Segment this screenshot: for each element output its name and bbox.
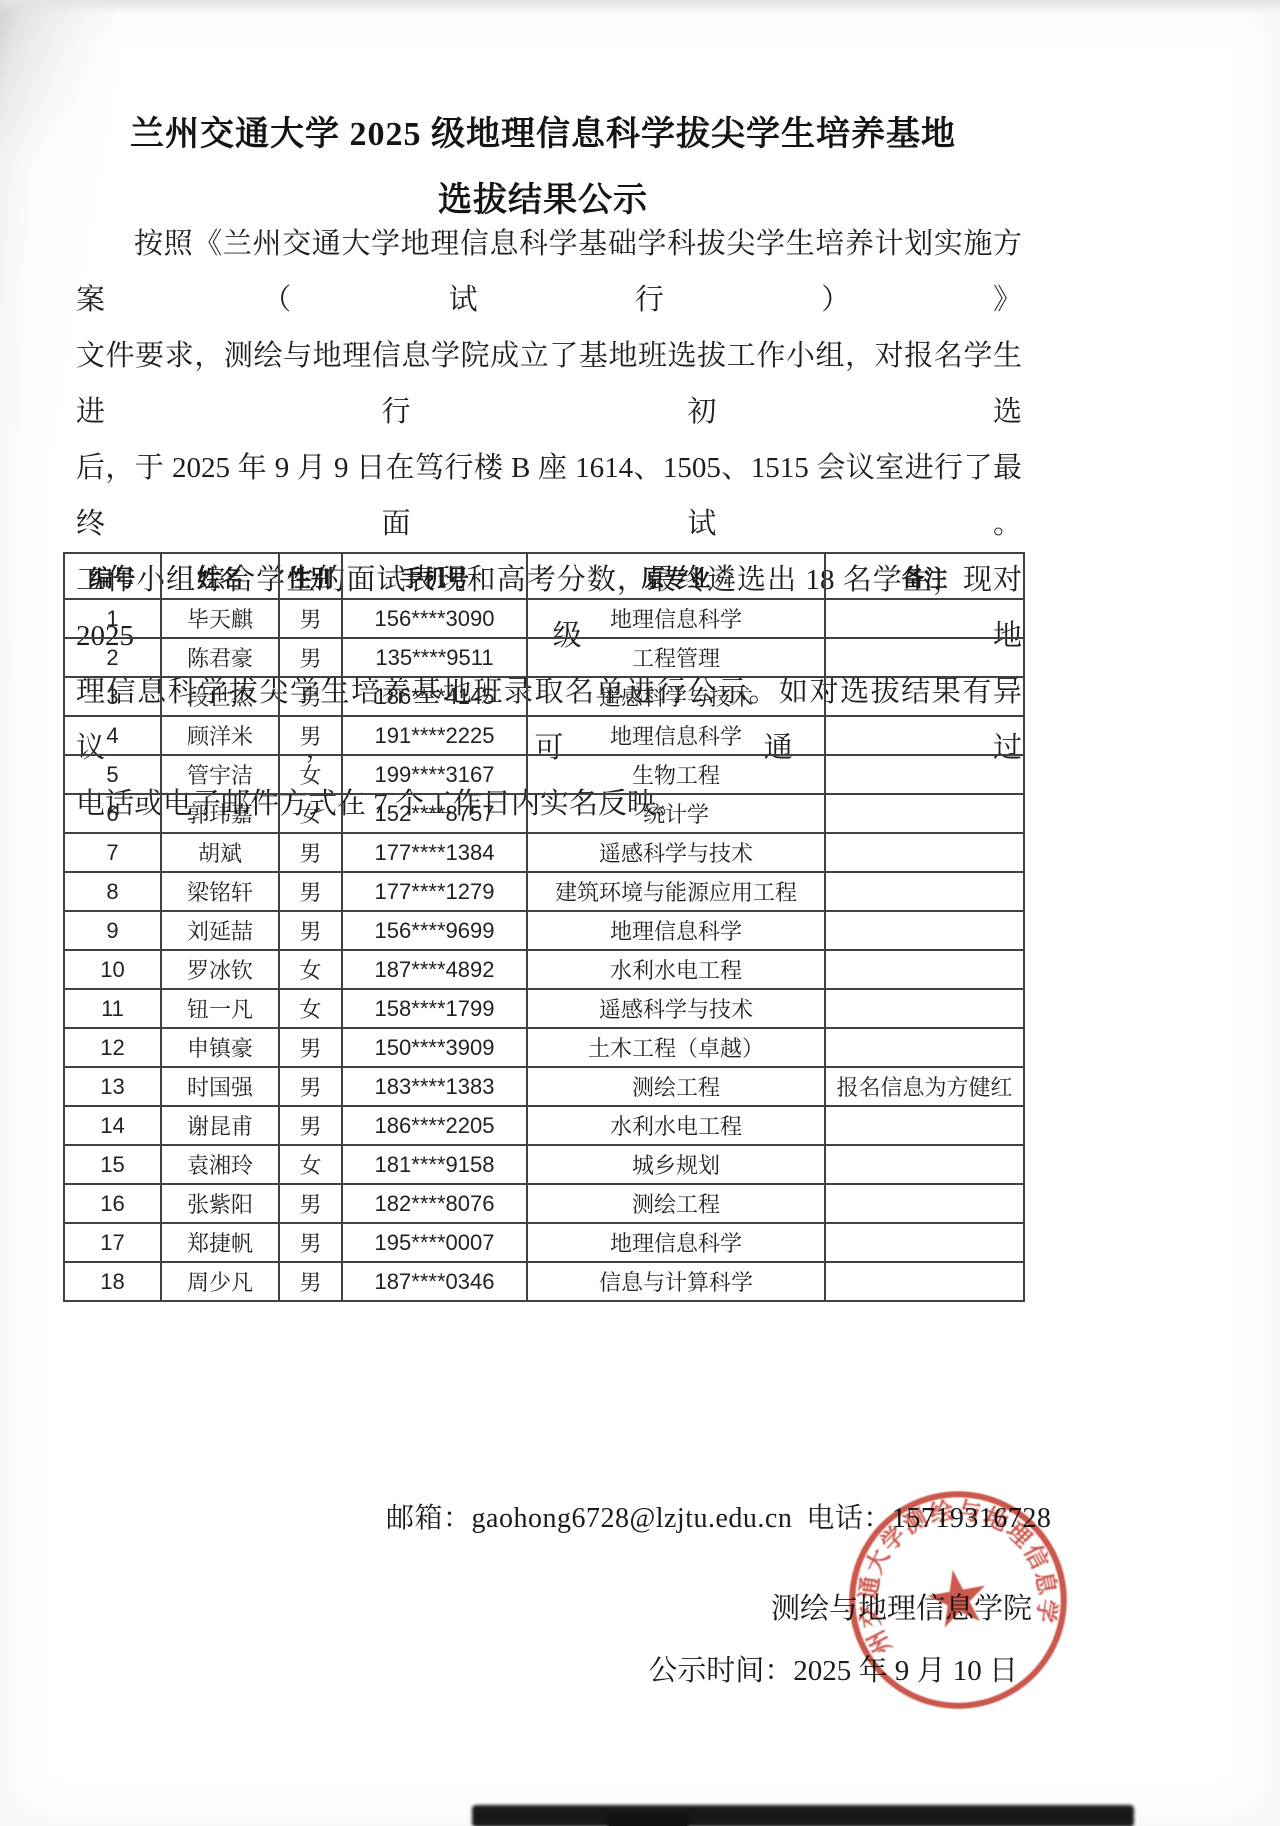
cell-name: 张紫阳 <box>161 1184 279 1223</box>
cell-remark <box>825 950 1024 989</box>
cell-number: 16 <box>64 1184 161 1223</box>
cell-phone: 181****9158 <box>342 1145 527 1184</box>
cell-major: 城乡规划 <box>527 1145 825 1184</box>
cell-remark <box>825 1106 1024 1145</box>
table-row: 10 罗冰钦 女 187****4892 水利水电工程 <box>64 950 1024 989</box>
cell-name: 谢昆甫 <box>161 1106 279 1145</box>
cell-major: 地理信息科学 <box>527 599 825 638</box>
cell-gender: 男 <box>279 716 342 755</box>
table-row: 5 管宇洁 女 199****3167 生物工程 <box>64 755 1024 794</box>
column-header: 原专业 <box>527 553 825 599</box>
cell-major: 信息与计算科学 <box>527 1262 825 1301</box>
cell-remark <box>825 1028 1024 1067</box>
table-row: 16 张紫阳 男 182****8076 测绘工程 <box>64 1184 1024 1223</box>
cell-remark <box>825 755 1024 794</box>
column-header: 编号 <box>64 553 161 599</box>
table-row: 14 谢昆甫 男 186****2205 水利水电工程 <box>64 1106 1024 1145</box>
cell-number: 17 <box>64 1223 161 1262</box>
cell-gender: 男 <box>279 872 342 911</box>
cell-name: 郑捷帆 <box>161 1223 279 1262</box>
cell-remark <box>825 638 1024 677</box>
cell-number: 10 <box>64 950 161 989</box>
cell-gender: 女 <box>279 755 342 794</box>
cell-name: 周少凡 <box>161 1262 279 1301</box>
cell-phone: 177****1279 <box>342 872 527 911</box>
cell-name: 刘延喆 <box>161 911 279 950</box>
cell-number: 3 <box>64 677 161 716</box>
cell-number: 11 <box>64 989 161 1028</box>
column-header: 手机号 <box>342 553 527 599</box>
photo-edge-shadow <box>0 0 1280 14</box>
cell-name: 毕天麒 <box>161 599 279 638</box>
cell-number: 4 <box>64 716 161 755</box>
cell-remark <box>825 1184 1024 1223</box>
cell-phone: 158****1799 <box>342 989 527 1028</box>
selection-results-table: 编号姓名性别手机号原专业备注 1 毕天麒 男 156****3090 地理信息科… <box>63 552 1025 1302</box>
cell-major: 工程管理 <box>527 638 825 677</box>
table-header-row: 编号姓名性别手机号原专业备注 <box>64 553 1024 599</box>
cell-name: 罗冰钦 <box>161 950 279 989</box>
cell-remark <box>825 833 1024 872</box>
phone-label: 电话： <box>806 1503 892 1534</box>
cell-name: 申镇豪 <box>161 1028 279 1067</box>
cell-gender: 女 <box>279 989 342 1028</box>
cell-number: 13 <box>64 1067 161 1106</box>
cell-major: 遥感科学与技术 <box>527 833 825 872</box>
cell-number: 18 <box>64 1262 161 1301</box>
cell-phone: 195****0007 <box>342 1223 527 1262</box>
publication-date: 公示时间：2025 年 9 月 10 日 <box>648 1648 1018 1689</box>
table-row: 1 毕天麒 男 156****3090 地理信息科学 <box>64 599 1024 638</box>
cell-major: 水利水电工程 <box>527 1106 825 1145</box>
cell-gender: 男 <box>279 911 342 950</box>
cell-phone: 152****8757 <box>342 794 527 833</box>
cell-phone: 156****3090 <box>342 599 527 638</box>
cell-name: 钮一凡 <box>161 989 279 1028</box>
cell-gender: 男 <box>279 677 342 716</box>
cell-remark <box>825 794 1024 833</box>
cell-major: 地理信息科学 <box>527 911 825 950</box>
cell-name: 郭玮嘉 <box>161 794 279 833</box>
cell-major: 土木工程（卓越） <box>527 1028 825 1067</box>
cell-phone: 186****4145 <box>342 677 527 716</box>
table-row: 13 时国强 男 183****1383 测绘工程 报名信息为方健红 <box>64 1067 1024 1106</box>
cell-gender: 男 <box>279 1262 342 1301</box>
photo-smudge-artifact <box>608 1812 688 1826</box>
cell-gender: 男 <box>279 1067 342 1106</box>
contact-line: 邮箱：gaohong6728@lzjtu.edu.cn电话：1571931672… <box>76 1496 1280 1536</box>
cell-gender: 男 <box>279 1223 342 1262</box>
cell-major: 遥感科学与技术 <box>527 989 825 1028</box>
cell-remark <box>825 1262 1024 1301</box>
cell-number: 15 <box>64 1145 161 1184</box>
cell-phone: 183****1383 <box>342 1067 527 1106</box>
cell-remark <box>825 1223 1024 1262</box>
paragraph-line: 按照《兰州交通大学地理信息科学基础学科拔尖学生培养计划实施方案（试行）》 <box>76 216 1022 328</box>
cell-remark <box>825 716 1024 755</box>
photo-bottom-artifact <box>472 1805 1134 1826</box>
document-title-line1: 兰州交通大学 2025 级地理信息科学拔尖学生培养基地 <box>63 106 1023 155</box>
cell-phone: 191****2225 <box>342 716 527 755</box>
cell-gender: 男 <box>279 1106 342 1145</box>
cell-phone: 150****3909 <box>342 1028 527 1067</box>
cell-major: 生物工程 <box>527 755 825 794</box>
cell-major: 建筑环境与能源应用工程 <box>527 872 825 911</box>
table-row: 7 胡斌 男 177****1384 遥感科学与技术 <box>64 833 1024 872</box>
cell-number: 2 <box>64 638 161 677</box>
announcement-document: 兰州交通大学 2025 级地理信息科学拔尖学生培养基地 选拔结果公示 按照《兰州… <box>0 0 1280 1826</box>
cell-gender: 男 <box>279 1184 342 1223</box>
table-row: 4 顾洋米 男 191****2225 地理信息科学 <box>64 716 1024 755</box>
table-row: 6 郭玮嘉 女 152****8757 统计学 <box>64 794 1024 833</box>
cell-major: 水利水电工程 <box>527 950 825 989</box>
cell-name: 梁铭轩 <box>161 872 279 911</box>
cell-number: 6 <box>64 794 161 833</box>
email-label: 邮箱： <box>386 1503 472 1534</box>
email-address: gaohong6728@lzjtu.edu.cn <box>472 1503 793 1534</box>
cell-gender: 女 <box>279 1145 342 1184</box>
cell-major: 遥感科学与技术 <box>527 677 825 716</box>
cell-remark <box>825 677 1024 716</box>
table-row: 17 郑捷帆 男 195****0007 地理信息科学 <box>64 1223 1024 1262</box>
column-header: 姓名 <box>161 553 279 599</box>
cell-name: 胡斌 <box>161 833 279 872</box>
table-row: 12 申镇豪 男 150****3909 土木工程（卓越） <box>64 1028 1024 1067</box>
cell-phone: 186****2205 <box>342 1106 527 1145</box>
cell-phone: 187****4892 <box>342 950 527 989</box>
cell-phone: 182****8076 <box>342 1184 527 1223</box>
table-row: 2 陈君豪 男 135****9511 工程管理 <box>64 638 1024 677</box>
cell-number: 12 <box>64 1028 161 1067</box>
cell-number: 14 <box>64 1106 161 1145</box>
svg-text:兰州交通大学测绘与地理信息学院: 兰州交通大学测绘与地理信息学院 <box>817 1459 1068 1666</box>
cell-remark <box>825 989 1024 1028</box>
cell-phone: 187****0346 <box>342 1262 527 1301</box>
table-row: 15 袁湘玲 女 181****9158 城乡规划 <box>64 1145 1024 1184</box>
cell-major: 地理信息科学 <box>527 716 825 755</box>
table-row: 8 梁铭轩 男 177****1279 建筑环境与能源应用工程 <box>64 872 1024 911</box>
cell-number: 5 <box>64 755 161 794</box>
cell-phone: 156****9699 <box>342 911 527 950</box>
cell-remark <box>825 872 1024 911</box>
cell-name: 陈君豪 <box>161 638 279 677</box>
cell-major: 测绘工程 <box>527 1184 825 1223</box>
cell-name: 管宇洁 <box>161 755 279 794</box>
cell-number: 8 <box>64 872 161 911</box>
cell-number: 1 <box>64 599 161 638</box>
cell-major: 地理信息科学 <box>527 1223 825 1262</box>
table-row: 9 刘延喆 男 156****9699 地理信息科学 <box>64 911 1024 950</box>
cell-remark <box>825 911 1024 950</box>
cell-remark: 报名信息为方健红 <box>825 1067 1024 1106</box>
cell-gender: 男 <box>279 599 342 638</box>
document-title-line2: 选拔结果公示 <box>63 172 1023 221</box>
cell-number: 7 <box>64 833 161 872</box>
cell-number: 9 <box>64 911 161 950</box>
paragraph-line: 后，于 2025 年 9 月 9 日在笃行楼 B 座 1614、1505、151… <box>76 440 1022 552</box>
cell-remark <box>825 599 1024 638</box>
cell-gender: 女 <box>279 950 342 989</box>
cell-remark <box>825 1145 1024 1184</box>
cell-phone: 135****9511 <box>342 638 527 677</box>
cell-phone: 177****1384 <box>342 833 527 872</box>
cell-gender: 男 <box>279 1028 342 1067</box>
cell-gender: 男 <box>279 833 342 872</box>
cell-major: 测绘工程 <box>527 1067 825 1106</box>
table-row: 11 钮一凡 女 158****1799 遥感科学与技术 <box>64 989 1024 1028</box>
cell-name: 时国强 <box>161 1067 279 1106</box>
cell-gender: 男 <box>279 638 342 677</box>
phone-number: 15719316728 <box>892 1503 1052 1534</box>
column-header: 性别 <box>279 553 342 599</box>
cell-name: 段世杰 <box>161 677 279 716</box>
column-header: 备注 <box>825 553 1024 599</box>
issuing-department: 测绘与地理信息学院 <box>771 1586 1032 1627</box>
paragraph-line: 文件要求，测绘与地理信息学院成立了基地班选拔工作小组，对报名学生进行初选 <box>76 328 1022 440</box>
table-row: 18 周少凡 男 187****0346 信息与计算科学 <box>64 1262 1024 1301</box>
cell-name: 袁湘玲 <box>161 1145 279 1184</box>
cell-phone: 199****3167 <box>342 755 527 794</box>
cell-major: 统计学 <box>527 794 825 833</box>
cell-name: 顾洋米 <box>161 716 279 755</box>
seal-ring-text: 兰州交通大学测绘与地理信息学院 <box>817 1459 1068 1666</box>
cell-gender: 女 <box>279 794 342 833</box>
table-row: 3 段世杰 男 186****4145 遥感科学与技术 <box>64 677 1024 716</box>
